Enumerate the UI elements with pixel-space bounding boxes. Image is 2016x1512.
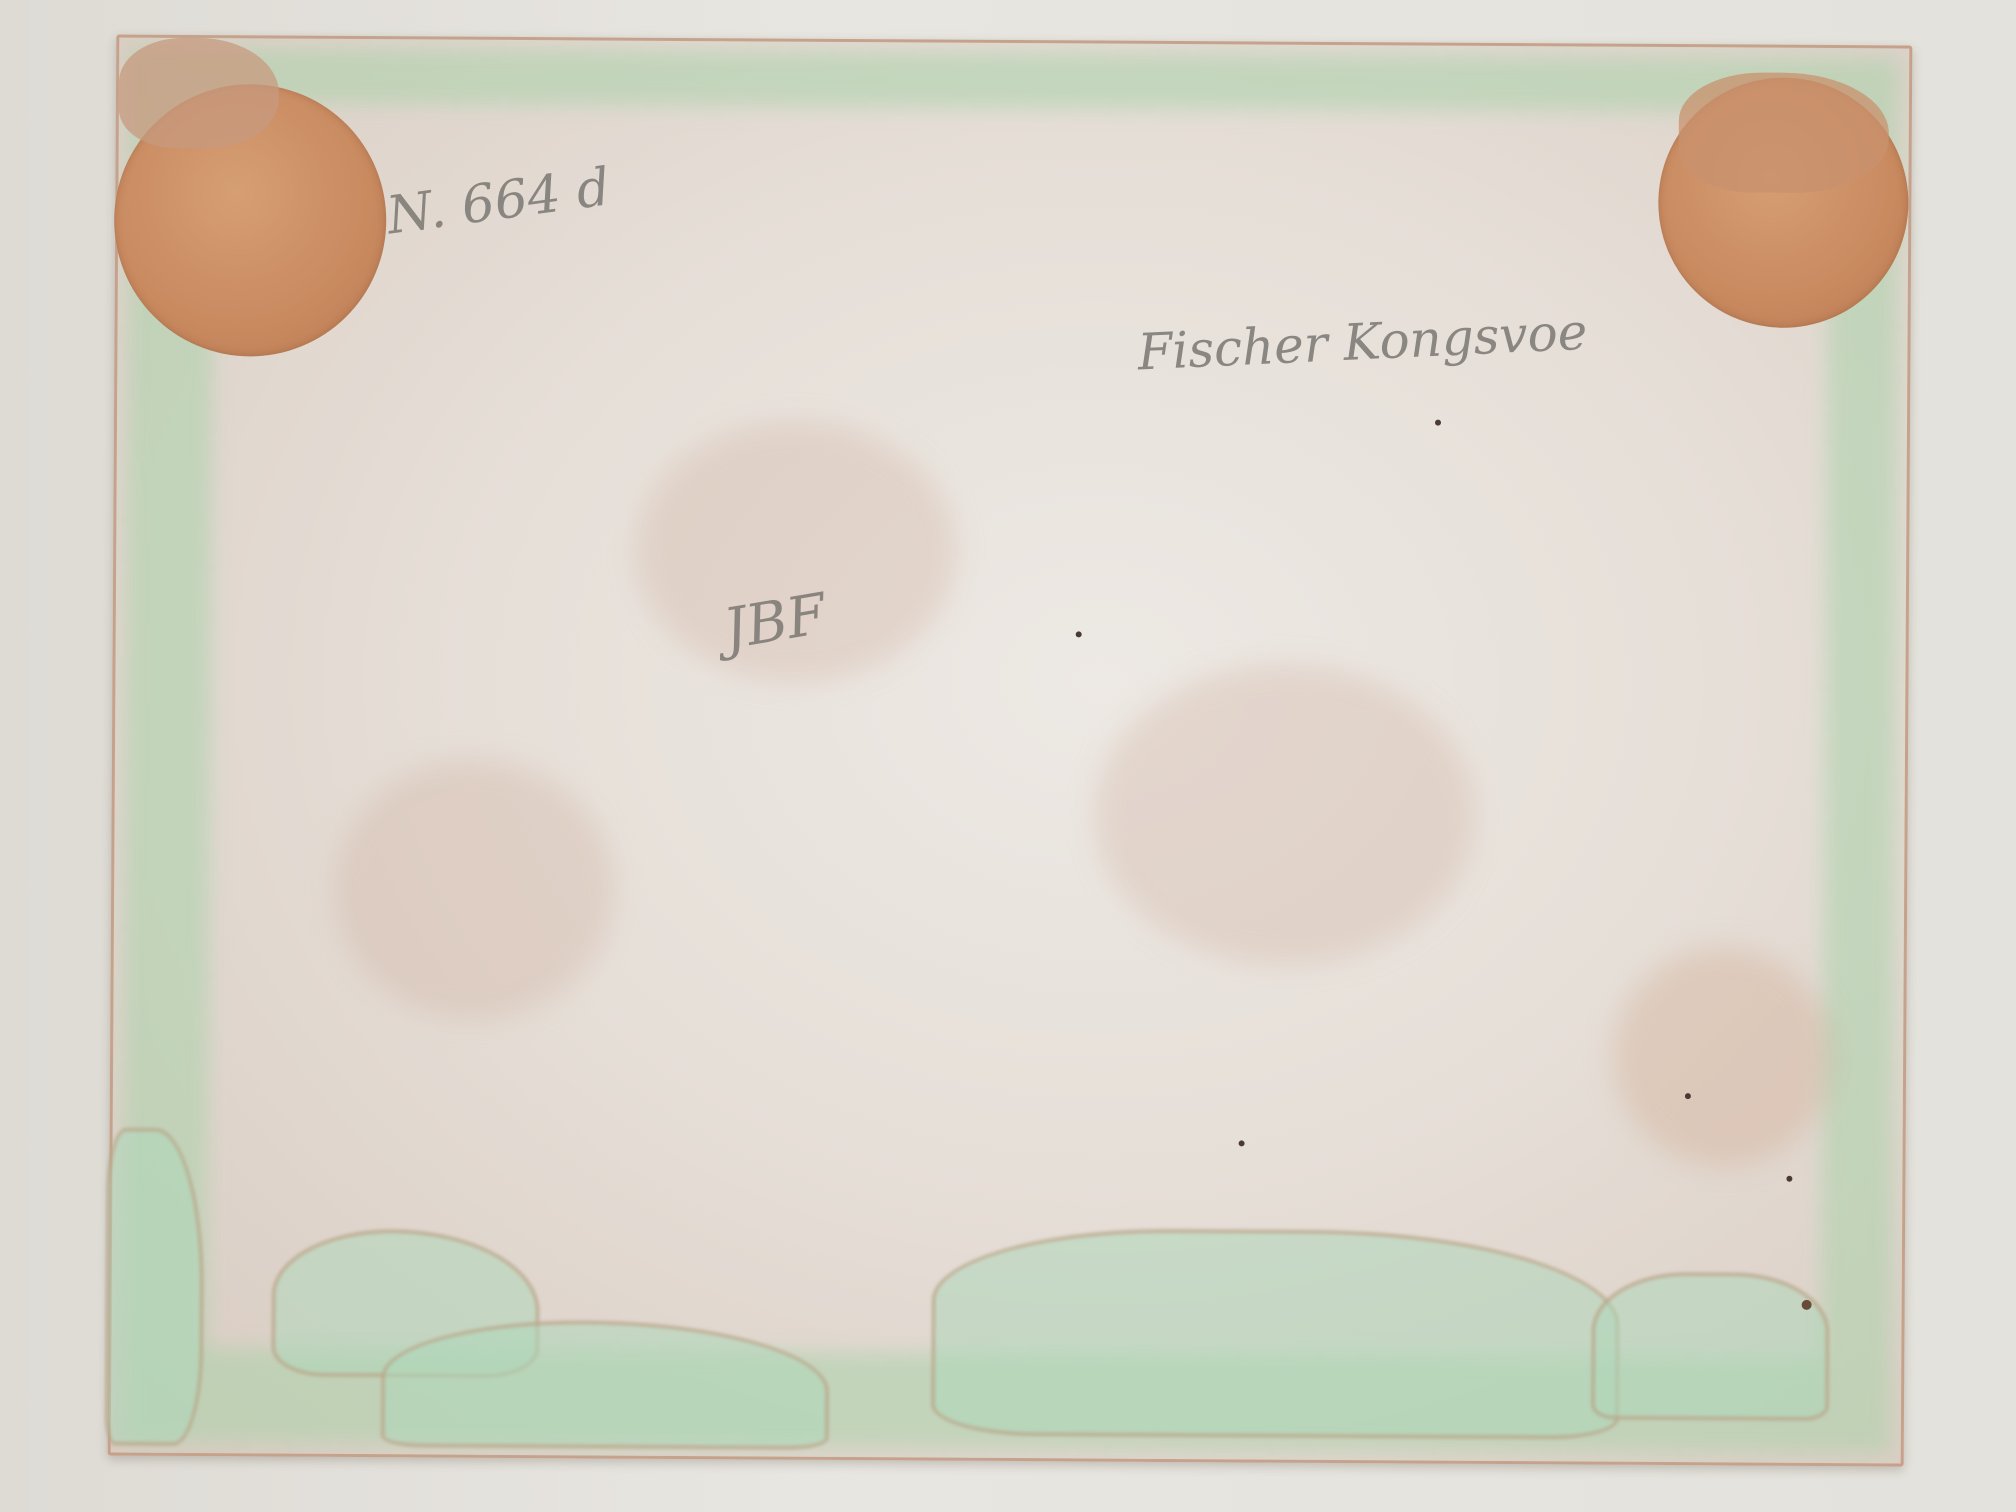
ink-speck	[1076, 631, 1082, 637]
ink-speck	[1685, 1093, 1691, 1099]
ink-speck	[1435, 420, 1441, 426]
inscription-name: Fischer Kongsvoe	[1136, 303, 1588, 382]
ink-speck	[1786, 1176, 1792, 1182]
foxing-stain	[1094, 664, 1476, 966]
ink-speck	[1239, 1140, 1245, 1146]
water-stain	[931, 1228, 1620, 1440]
ink-speck	[1802, 1300, 1812, 1310]
paper-sheet: N. 664 d Fischer Kongsvoe JBF	[108, 35, 1913, 1467]
foxing-stain	[333, 759, 615, 1021]
hinge-tape-fold	[1678, 72, 1889, 193]
water-stain	[105, 1127, 205, 1446]
water-stain	[1591, 1272, 1830, 1421]
inscription-number: N. 664 d	[383, 157, 613, 246]
hinge-tape-torn-flap	[119, 38, 280, 149]
water-stain	[381, 1319, 830, 1450]
foxing-stain	[1612, 947, 1833, 1168]
